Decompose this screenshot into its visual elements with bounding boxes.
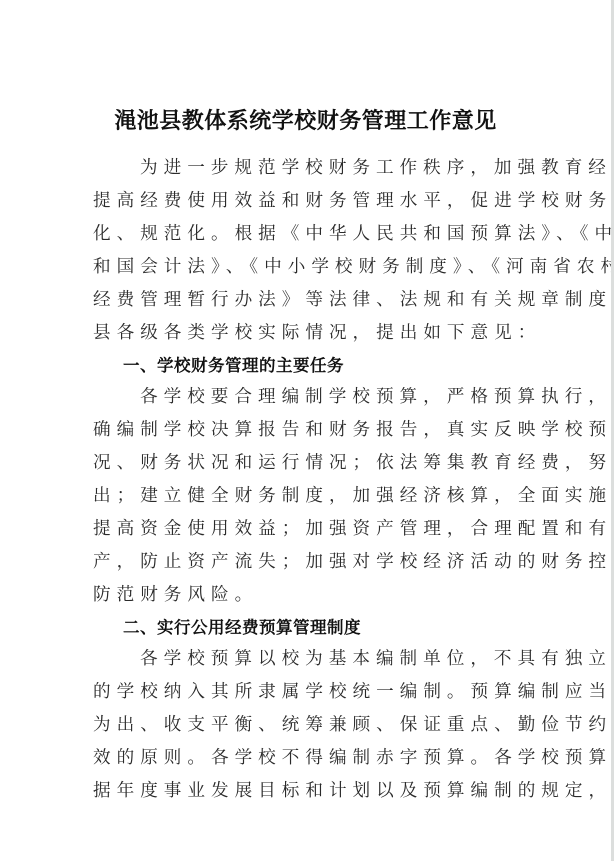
paragraph-line: 为出、收支平衡、统筹兼顾、保证重点、勤俭节约和讲求绩 — [93, 709, 519, 742]
paragraph-line: 的学校纳入其所隶属学校统一编制。预算编制应当坚持量入 — [93, 676, 519, 709]
paragraph-line: 确编制学校决算报告和财务报告，真实反映学校预算执行情 — [93, 414, 519, 447]
paragraph-line: 为进一步规范学校财务工作秩序，加强教育经费管理， — [93, 152, 519, 185]
paragraph-line: 提高经费使用效益和财务管理水平，促进学校财务工作制度 — [93, 185, 519, 218]
paragraph-line: 提高资金使用效益；加强资产管理，合理配置和有效利用资 — [93, 513, 519, 546]
document-page: 渑池县教体系统学校财务管理工作意见 为进一步规范学校财务工作秩序，加强教育经费管… — [0, 0, 611, 861]
section-2: 二、实行公用经费预算管理制度 各学校预算以校为基本编制单位，不具有独立法人资格 … — [93, 612, 519, 808]
paragraph-line: 化、规范化。根据《中华人民共和国预算法》、《中华人民共 — [93, 218, 519, 251]
paragraph-line: 和国会计法》、《中小学校财务制度》、《河南省农村各学教育 — [93, 251, 519, 284]
paragraph-line: 据年度事业发展目标和计划以及预算编制的规定，提出预算 — [93, 775, 519, 808]
intro-paragraph: 为进一步规范学校财务工作秩序，加强教育经费管理， 提高经费使用效益和财务管理水平… — [93, 152, 519, 350]
paragraph-line: 各学校要合理编制学校预算，严格预算执行，完整、准 — [93, 381, 519, 414]
paragraph-line: 经费管理暂行办法》等法律、法规和有关规章制度，结合我 — [93, 284, 519, 317]
paragraph-line: 效的原则。各学校不得编制赤字预算。各学校预算由学校根 — [93, 742, 519, 775]
section-1: 一、学校财务管理的主要任务 各学校要合理编制学校预算，严格预算执行，完整、准 确… — [93, 350, 519, 612]
paragraph-line: 出；建立健全财务制度，加强经济核算，全面实施绩效管理， — [93, 480, 519, 513]
section-heading: 二、实行公用经费预算管理制度 — [93, 612, 519, 643]
paragraph-line: 县各级各类学校实际情况，提出如下意见： — [93, 317, 519, 350]
document-title: 渑池县教体系统学校财务管理工作意见 — [0, 104, 611, 135]
section-heading: 一、学校财务管理的主要任务 — [93, 350, 519, 381]
paragraph-line: 防范财务风险。 — [93, 579, 519, 612]
paragraph-line: 况、财务状况和运行情况；依法筹集教育经费，努力节约支 — [93, 447, 519, 480]
paragraph-line: 各学校预算以校为基本编制单位，不具有独立法人资格 — [93, 643, 519, 676]
paragraph-line: 产，防止资产流失；加强对学校经济活动的财务控制和监督， — [93, 546, 519, 579]
document-body: 为进一步规范学校财务工作秩序，加强教育经费管理， 提高经费使用效益和财务管理水平… — [93, 152, 519, 808]
